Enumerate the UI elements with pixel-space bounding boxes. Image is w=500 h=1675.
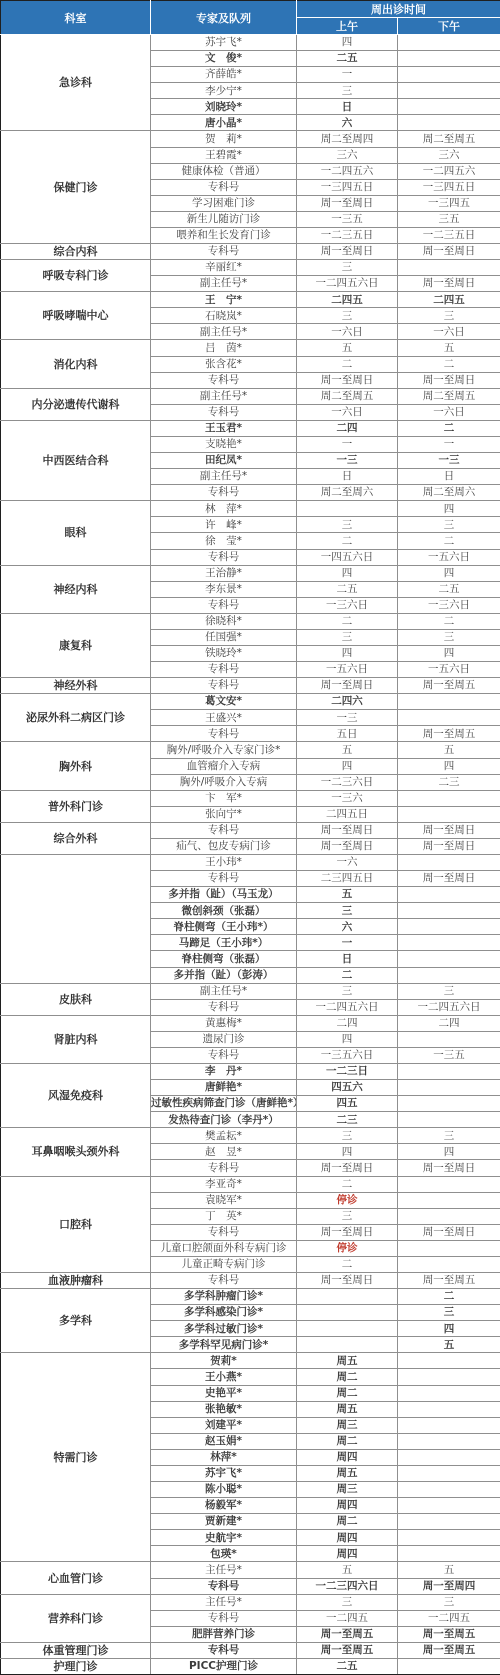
expert-cell: 刘建平* <box>151 1417 297 1433</box>
pm-cell: 周一至周日 <box>398 1160 500 1176</box>
expert-cell: 儿童正畸专病门诊 <box>151 1256 297 1272</box>
expert-cell: 杨毅军* <box>151 1498 297 1514</box>
expert-cell: 任国强* <box>151 629 297 645</box>
pm-cell: 一 <box>398 436 500 452</box>
expert-cell: 副主任号* <box>151 983 297 999</box>
pm-cell: 二四 <box>398 1015 500 1031</box>
dept-cell: 体重管理门诊 <box>1 1642 151 1658</box>
pm-cell: 周一至周五 <box>398 1273 500 1289</box>
am-cell: 周三 <box>297 1417 398 1433</box>
am-cell: 四 <box>297 565 398 581</box>
am-cell: 一六日 <box>297 404 398 420</box>
pm-cell: 一三五 <box>398 1047 500 1063</box>
am-cell: 停诊 <box>297 1240 398 1256</box>
table-row: 呼吸哮喘中心王 宁*二四五二四五 <box>1 292 500 308</box>
am-cell: 一二三六日 <box>297 774 398 790</box>
am-cell: 周二至周六 <box>297 485 398 501</box>
expert-cell: 丁 英* <box>151 1208 297 1224</box>
dept-cell: 内分泌遗传代谢科 <box>1 388 151 420</box>
dept-cell: 肾脏内科 <box>1 1015 151 1063</box>
expert-cell: 专科号 <box>151 179 297 195</box>
am-cell: 一三五六日 <box>297 1047 398 1063</box>
pm-cell <box>398 1385 500 1401</box>
am-cell: 五日 <box>297 726 398 742</box>
pm-cell: 一六日 <box>398 404 500 420</box>
expert-cell: 王碧霞* <box>151 147 297 163</box>
expert-cell: 专科号 <box>151 1047 297 1063</box>
pm-cell: 五 <box>398 742 500 758</box>
table-row: 眼科林 萍*四 <box>1 501 500 517</box>
table-row: 呼吸专科门诊辛丽红*三 <box>1 260 500 276</box>
am-cell: 日 <box>297 951 398 967</box>
table-row: 风湿免疫科李 丹*一二三日 <box>1 1064 500 1080</box>
am-cell: 一六 <box>297 854 398 870</box>
pm-cell <box>398 35 500 51</box>
pm-cell: 四 <box>398 1321 500 1337</box>
am-cell: 周一至周五 <box>297 1626 398 1642</box>
expert-cell: 多学科罕见病门诊* <box>151 1337 297 1353</box>
dept-cell <box>1 854 151 983</box>
am-cell: 三六 <box>297 147 398 163</box>
pm-cell: 三 <box>398 517 500 533</box>
pm-cell: 一三四五日 <box>398 179 500 195</box>
pm-cell: 一二三五日 <box>398 227 500 243</box>
am-cell: 一 <box>297 436 398 452</box>
expert-cell: 马蹄足（王小玮*） <box>151 935 297 951</box>
pm-cell: 四 <box>398 565 500 581</box>
am-cell: 五 <box>297 340 398 356</box>
am-cell: 周一至周日 <box>297 372 398 388</box>
table-row: 中西医结合科王玉君*二四二 <box>1 420 500 436</box>
pm-cell <box>398 1498 500 1514</box>
pm-cell <box>398 1514 500 1530</box>
am-cell: 周二 <box>297 1369 398 1385</box>
am-cell: 周一至周日 <box>297 838 398 854</box>
pm-cell <box>398 919 500 935</box>
am-cell: 三 <box>297 83 398 99</box>
pm-cell: 四 <box>398 1144 500 1160</box>
pm-cell: 周一至周日 <box>398 838 500 854</box>
am-cell: 周一至周日 <box>297 195 398 211</box>
am-cell: 二 <box>297 1256 398 1272</box>
dept-cell: 多学科 <box>1 1289 151 1353</box>
expert-cell: 樊孟耘* <box>151 1128 297 1144</box>
am-cell: 二 <box>297 356 398 372</box>
pm-cell: 周二至周六 <box>398 485 500 501</box>
table-row: 神经外科专科号周一至周日周一至周五 <box>1 678 500 694</box>
table-row: 胸外科胸外/呼吸介入专家门诊*五五 <box>1 742 500 758</box>
am-cell: 周五 <box>297 1401 398 1417</box>
pm-cell: 周一至周四 <box>398 1578 500 1594</box>
pm-cell <box>398 1417 500 1433</box>
am-cell: 一三 <box>297 710 398 726</box>
pm-cell <box>398 790 500 806</box>
pm-cell <box>398 1369 500 1385</box>
pm-cell: 五 <box>398 1337 500 1353</box>
pm-cell <box>398 694 500 710</box>
am-cell: 二四 <box>297 1015 398 1031</box>
expert-cell: 支晓艳* <box>151 436 297 452</box>
am-cell <box>297 1305 398 1321</box>
dept-cell: 中西医结合科 <box>1 420 151 500</box>
pm-cell: 周一至周日 <box>398 1224 500 1240</box>
am-cell: 四五 <box>297 1096 398 1112</box>
am-cell: 一二三日 <box>297 1064 398 1080</box>
am-cell: 一三五 <box>297 211 398 227</box>
pm-cell: 四 <box>398 645 500 661</box>
am-cell: 日 <box>297 99 398 115</box>
dept-cell: 消化内科 <box>1 340 151 388</box>
dept-cell: 综合外科 <box>1 822 151 854</box>
expert-cell: 吕 茵* <box>151 340 297 356</box>
expert-cell: 专科号 <box>151 1610 297 1626</box>
pm-cell: 一二四五六 <box>398 163 500 179</box>
expert-cell: 专科号 <box>151 678 297 694</box>
am-cell: 一二四五六日 <box>297 276 398 292</box>
am-cell: 周二 <box>297 1385 398 1401</box>
am-cell: 一二四五六 <box>297 163 398 179</box>
pm-cell <box>398 1401 500 1417</box>
pm-cell: 周一至周日 <box>398 276 500 292</box>
pm-cell <box>398 1176 500 1192</box>
expert-cell: 史艳平* <box>151 1385 297 1401</box>
table-row: 泌尿外科二病区门诊葛文安*二四六 <box>1 694 500 710</box>
am-cell: 二三四五日 <box>297 871 398 887</box>
am-cell: 周五 <box>297 1465 398 1481</box>
expert-cell: 贺莉* <box>151 1353 297 1369</box>
am-cell <box>297 1321 398 1337</box>
am-cell: 周一至周日 <box>297 1273 398 1289</box>
expert-cell: 血管瘤介入专病 <box>151 758 297 774</box>
am-cell: 周一至周日 <box>297 822 398 838</box>
am-cell: 四 <box>297 1031 398 1047</box>
expert-cell: 贾新建* <box>151 1514 297 1530</box>
dept-cell: 耳鼻咽喉头颈外科 <box>1 1128 151 1176</box>
pm-cell <box>398 83 500 99</box>
am-cell: 二 <box>297 1176 398 1192</box>
pm-cell <box>398 1096 500 1112</box>
pm-cell: 三 <box>398 308 500 324</box>
expert-cell: 徐晓科* <box>151 613 297 629</box>
expert-cell: 赵玉娟* <box>151 1433 297 1449</box>
pm-cell <box>398 1449 500 1465</box>
am-cell: 三 <box>297 1594 398 1610</box>
am-cell: 四 <box>297 35 398 51</box>
header-am: 上午 <box>297 18 398 35</box>
am-cell: 周二至周四 <box>297 131 398 147</box>
am-cell: 停诊 <box>297 1192 398 1208</box>
expert-cell: 学习困难门诊 <box>151 195 297 211</box>
am-cell: 四 <box>297 1144 398 1160</box>
table-row: 耳鼻咽喉头颈外科樊孟耘*三三 <box>1 1128 500 1144</box>
expert-cell: 专科号 <box>151 999 297 1015</box>
expert-cell: 刘晓玲* <box>151 99 297 115</box>
pm-cell <box>398 710 500 726</box>
pm-cell <box>398 51 500 67</box>
am-cell: 一三 <box>297 453 398 469</box>
pm-cell <box>398 887 500 903</box>
pm-cell <box>398 1240 500 1256</box>
header-pm: 下午 <box>398 18 500 35</box>
expert-cell: 专科号 <box>151 1160 297 1176</box>
am-cell <box>297 1337 398 1353</box>
pm-cell: 周一至周五 <box>398 1642 500 1658</box>
am-cell: 三 <box>297 983 398 999</box>
pm-cell: 周一至周日 <box>398 244 500 260</box>
expert-cell: 副主任号* <box>151 276 297 292</box>
expert-cell: 专科号 <box>151 597 297 613</box>
pm-cell <box>398 903 500 919</box>
expert-cell: 过敏性疾病筛查门诊（唐鲜艳*） <box>151 1096 297 1112</box>
pm-cell: 一三六日 <box>398 597 500 613</box>
am-cell: 一三六日 <box>297 597 398 613</box>
dept-cell: 神经外科 <box>1 678 151 694</box>
am-cell: 一二四五 <box>297 1610 398 1626</box>
am-cell: 二五 <box>297 581 398 597</box>
am-cell: 一三六 <box>297 790 398 806</box>
am-cell: 周四 <box>297 1449 398 1465</box>
table-row: 多学科多学科肿瘤门诊*二 <box>1 1289 500 1305</box>
pm-cell <box>398 260 500 276</box>
schedule-body: 急诊科苏宇飞*四文 俊*二五齐薛皓*一李少宁*三刘晓玲*日唐小晶*六保健门诊贺 … <box>1 35 500 1675</box>
expert-cell: 副主任号* <box>151 324 297 340</box>
pm-cell <box>398 806 500 822</box>
table-row: 综合外科专科号周一至周日周一至周日 <box>1 822 500 838</box>
pm-cell: 周一至周日 <box>398 372 500 388</box>
expert-cell: 徐 莹* <box>151 533 297 549</box>
expert-cell: 王玉君* <box>151 420 297 436</box>
expert-cell: 卞 军* <box>151 790 297 806</box>
pm-cell: 日 <box>398 469 500 485</box>
expert-cell: 林萍* <box>151 1449 297 1465</box>
am-cell: 二 <box>297 613 398 629</box>
pm-cell <box>398 1658 500 1674</box>
am-cell: 二三 <box>297 1112 398 1128</box>
expert-cell: 脊柱侧弯（王小玮*） <box>151 919 297 935</box>
pm-cell <box>398 935 500 951</box>
pm-cell <box>398 1080 500 1096</box>
pm-cell <box>398 1256 500 1272</box>
expert-cell: 专科号 <box>151 244 297 260</box>
expert-cell: 专科号 <box>151 662 297 678</box>
table-row: 口腔科李亚奇*二 <box>1 1176 500 1192</box>
pm-cell: 一二四五六日 <box>398 999 500 1015</box>
am-cell: 一二三五日 <box>297 227 398 243</box>
am-cell: 三 <box>297 1208 398 1224</box>
pm-cell <box>398 854 500 870</box>
header-dept: 科室 <box>1 1 151 35</box>
expert-cell: 王小玮* <box>151 854 297 870</box>
expert-cell: 张艳敏* <box>151 1401 297 1417</box>
table-row: 急诊科苏宇飞*四 <box>1 35 500 51</box>
am-cell: 二四五日 <box>297 806 398 822</box>
dept-cell: 康复科 <box>1 613 151 677</box>
table-row: 综合内科专科号周一至周日周一至周日 <box>1 244 500 260</box>
am-cell: 一 <box>297 67 398 83</box>
pm-cell: 三六 <box>398 147 500 163</box>
table-row: 消化内科吕 茵*五五 <box>1 340 500 356</box>
expert-cell: 专科号 <box>151 1642 297 1658</box>
expert-cell: 赵 昱* <box>151 1144 297 1160</box>
pm-cell: 一三四五 <box>398 195 500 211</box>
am-cell: 四五六 <box>297 1080 398 1096</box>
am-cell: 三 <box>297 903 398 919</box>
dept-cell: 血液肿瘤科 <box>1 1273 151 1289</box>
dept-cell: 风湿免疫科 <box>1 1064 151 1128</box>
expert-cell: 专科号 <box>151 485 297 501</box>
am-cell: 周二至周五 <box>297 388 398 404</box>
pm-cell: 五 <box>398 340 500 356</box>
expert-cell: 张含花* <box>151 356 297 372</box>
header-weekly-time: 周出诊时间 <box>297 1 500 18</box>
expert-cell: 疝气、包皮专病门诊 <box>151 838 297 854</box>
am-cell: 周四 <box>297 1546 398 1562</box>
expert-cell: 副主任号* <box>151 388 297 404</box>
pm-cell: 五 <box>398 1562 500 1578</box>
pm-cell: 周二至周五 <box>398 388 500 404</box>
expert-cell: 遗尿门诊 <box>151 1031 297 1047</box>
pm-cell: 周一至周五 <box>398 726 500 742</box>
expert-cell: 胸外/呼吸介入专病 <box>151 774 297 790</box>
pm-cell: 三 <box>398 629 500 645</box>
pm-cell: 周一至周五 <box>398 1626 500 1642</box>
am-cell: 四 <box>297 758 398 774</box>
expert-cell: 陈小聪* <box>151 1482 297 1498</box>
am-cell: 三 <box>297 260 398 276</box>
expert-cell: 李东景* <box>151 581 297 597</box>
expert-cell: 专科号 <box>151 549 297 565</box>
expert-cell: 微创斜颈（张磊） <box>151 903 297 919</box>
am-cell: 一六日 <box>297 324 398 340</box>
expert-cell: 苏宇飞* <box>151 35 297 51</box>
am-cell <box>297 1289 398 1305</box>
expert-cell: 多并指（趾）（马玉龙） <box>151 887 297 903</box>
pm-cell: 一二四五 <box>398 1610 500 1626</box>
am-cell: 一四五六日 <box>297 549 398 565</box>
am-cell: 周四 <box>297 1498 398 1514</box>
pm-cell: 二 <box>398 533 500 549</box>
am-cell: 周四 <box>297 1530 398 1546</box>
table-row: 心血管门诊主任号*五五 <box>1 1562 500 1578</box>
table-row: 保健门诊贺 莉*周二至周四周二至周五 <box>1 131 500 147</box>
table-row: 血液肿瘤科专科号周一至周日周一至周五 <box>1 1273 500 1289</box>
table-row: 普外科门诊卞 军*一三六 <box>1 790 500 806</box>
table-row: 护理门诊PICC护理门诊二五 <box>1 1658 500 1674</box>
pm-cell: 三 <box>398 1128 500 1144</box>
pm-cell: 四 <box>398 501 500 517</box>
expert-cell: 脊柱侧弯（张磊） <box>151 951 297 967</box>
am-cell: 二四五 <box>297 292 398 308</box>
am-cell: 二四 <box>297 420 398 436</box>
am-cell: 周一至周日 <box>297 678 398 694</box>
outpatient-schedule-table: 科室 专家及队列 周出诊时间 上午 下午 急诊科苏宇飞*四文 俊*二五齐薛皓*一… <box>0 0 500 1675</box>
pm-cell <box>398 1192 500 1208</box>
am-cell <box>297 501 398 517</box>
am-cell: 一三四五日 <box>297 179 398 195</box>
expert-cell: 唐小晶* <box>151 115 297 131</box>
header-expert: 专家及队列 <box>151 1 297 35</box>
expert-cell: 喂养和生长发育门诊 <box>151 227 297 243</box>
expert-cell: 专科号 <box>151 404 297 420</box>
expert-cell: 副主任号* <box>151 469 297 485</box>
pm-cell <box>398 99 500 115</box>
pm-cell: 一六日 <box>398 324 500 340</box>
expert-cell: 田纪凤* <box>151 453 297 469</box>
am-cell: 五 <box>297 1562 398 1578</box>
expert-cell: 苏宇飞* <box>151 1465 297 1481</box>
expert-cell: 多学科过敏门诊* <box>151 1321 297 1337</box>
am-cell: 二 <box>297 967 398 983</box>
expert-cell: 主任号* <box>151 1562 297 1578</box>
pm-cell: 二 <box>398 613 500 629</box>
expert-cell: 黄惠梅* <box>151 1015 297 1031</box>
pm-cell: 二 <box>398 356 500 372</box>
pm-cell: 二五 <box>398 581 500 597</box>
pm-cell: 三 <box>398 1594 500 1610</box>
pm-cell: 周一至周五 <box>398 678 500 694</box>
table-row: 特需门诊贺莉*周五 <box>1 1353 500 1369</box>
expert-cell: 主任号* <box>151 1594 297 1610</box>
pm-cell <box>398 1433 500 1449</box>
dept-cell: 神经内科 <box>1 565 151 613</box>
am-cell: 二五 <box>297 1658 398 1674</box>
am-cell: 周五 <box>297 1353 398 1369</box>
expert-cell: 多学科肿瘤门诊* <box>151 1289 297 1305</box>
pm-cell: 二四五 <box>398 292 500 308</box>
pm-cell <box>398 1031 500 1047</box>
expert-cell: 专科号 <box>151 1578 297 1594</box>
expert-cell: 专科号 <box>151 871 297 887</box>
pm-cell <box>398 1112 500 1128</box>
am-cell: 一 <box>297 935 398 951</box>
expert-cell: 发热待查门诊（李丹*） <box>151 1112 297 1128</box>
dept-cell: 皮肤科 <box>1 983 151 1015</box>
dept-cell: 保健门诊 <box>1 131 151 244</box>
pm-cell: 一五六日 <box>398 549 500 565</box>
expert-cell: 辛丽红* <box>151 260 297 276</box>
dept-cell: 综合内科 <box>1 244 151 260</box>
am-cell: 五 <box>297 742 398 758</box>
am-cell: 周二 <box>297 1433 398 1449</box>
am-cell: 周一至周日 <box>297 244 398 260</box>
table-row: 神经内科王治静*四四 <box>1 565 500 581</box>
dept-cell: 口腔科 <box>1 1176 151 1272</box>
pm-cell: 二三 <box>398 774 500 790</box>
dept-cell: 呼吸哮喘中心 <box>1 292 151 340</box>
expert-cell: 专科号 <box>151 822 297 838</box>
expert-cell: 肥胖营养门诊 <box>151 1626 297 1642</box>
pm-cell: 三五 <box>398 211 500 227</box>
expert-cell: 专科号 <box>151 372 297 388</box>
am-cell: 周二 <box>297 1514 398 1530</box>
expert-cell: 胸外/呼吸介入专家门诊* <box>151 742 297 758</box>
pm-cell <box>398 1465 500 1481</box>
expert-cell: 李 丹* <box>151 1064 297 1080</box>
pm-cell: 周一至周日 <box>398 871 500 887</box>
expert-cell: 王盛兴* <box>151 710 297 726</box>
pm-cell: 三 <box>398 1305 500 1321</box>
header-row-1: 科室 专家及队列 周出诊时间 <box>1 1 500 18</box>
pm-cell <box>398 1546 500 1562</box>
am-cell: 日 <box>297 469 398 485</box>
expert-cell: 包瑛* <box>151 1546 297 1562</box>
pm-cell: 周一至周日 <box>398 822 500 838</box>
am-cell: 二四六 <box>297 694 398 710</box>
am-cell: 六 <box>297 919 398 935</box>
am-cell: 一五六日 <box>297 662 398 678</box>
expert-cell: 林 萍* <box>151 501 297 517</box>
dept-cell: 呼吸专科门诊 <box>1 260 151 292</box>
